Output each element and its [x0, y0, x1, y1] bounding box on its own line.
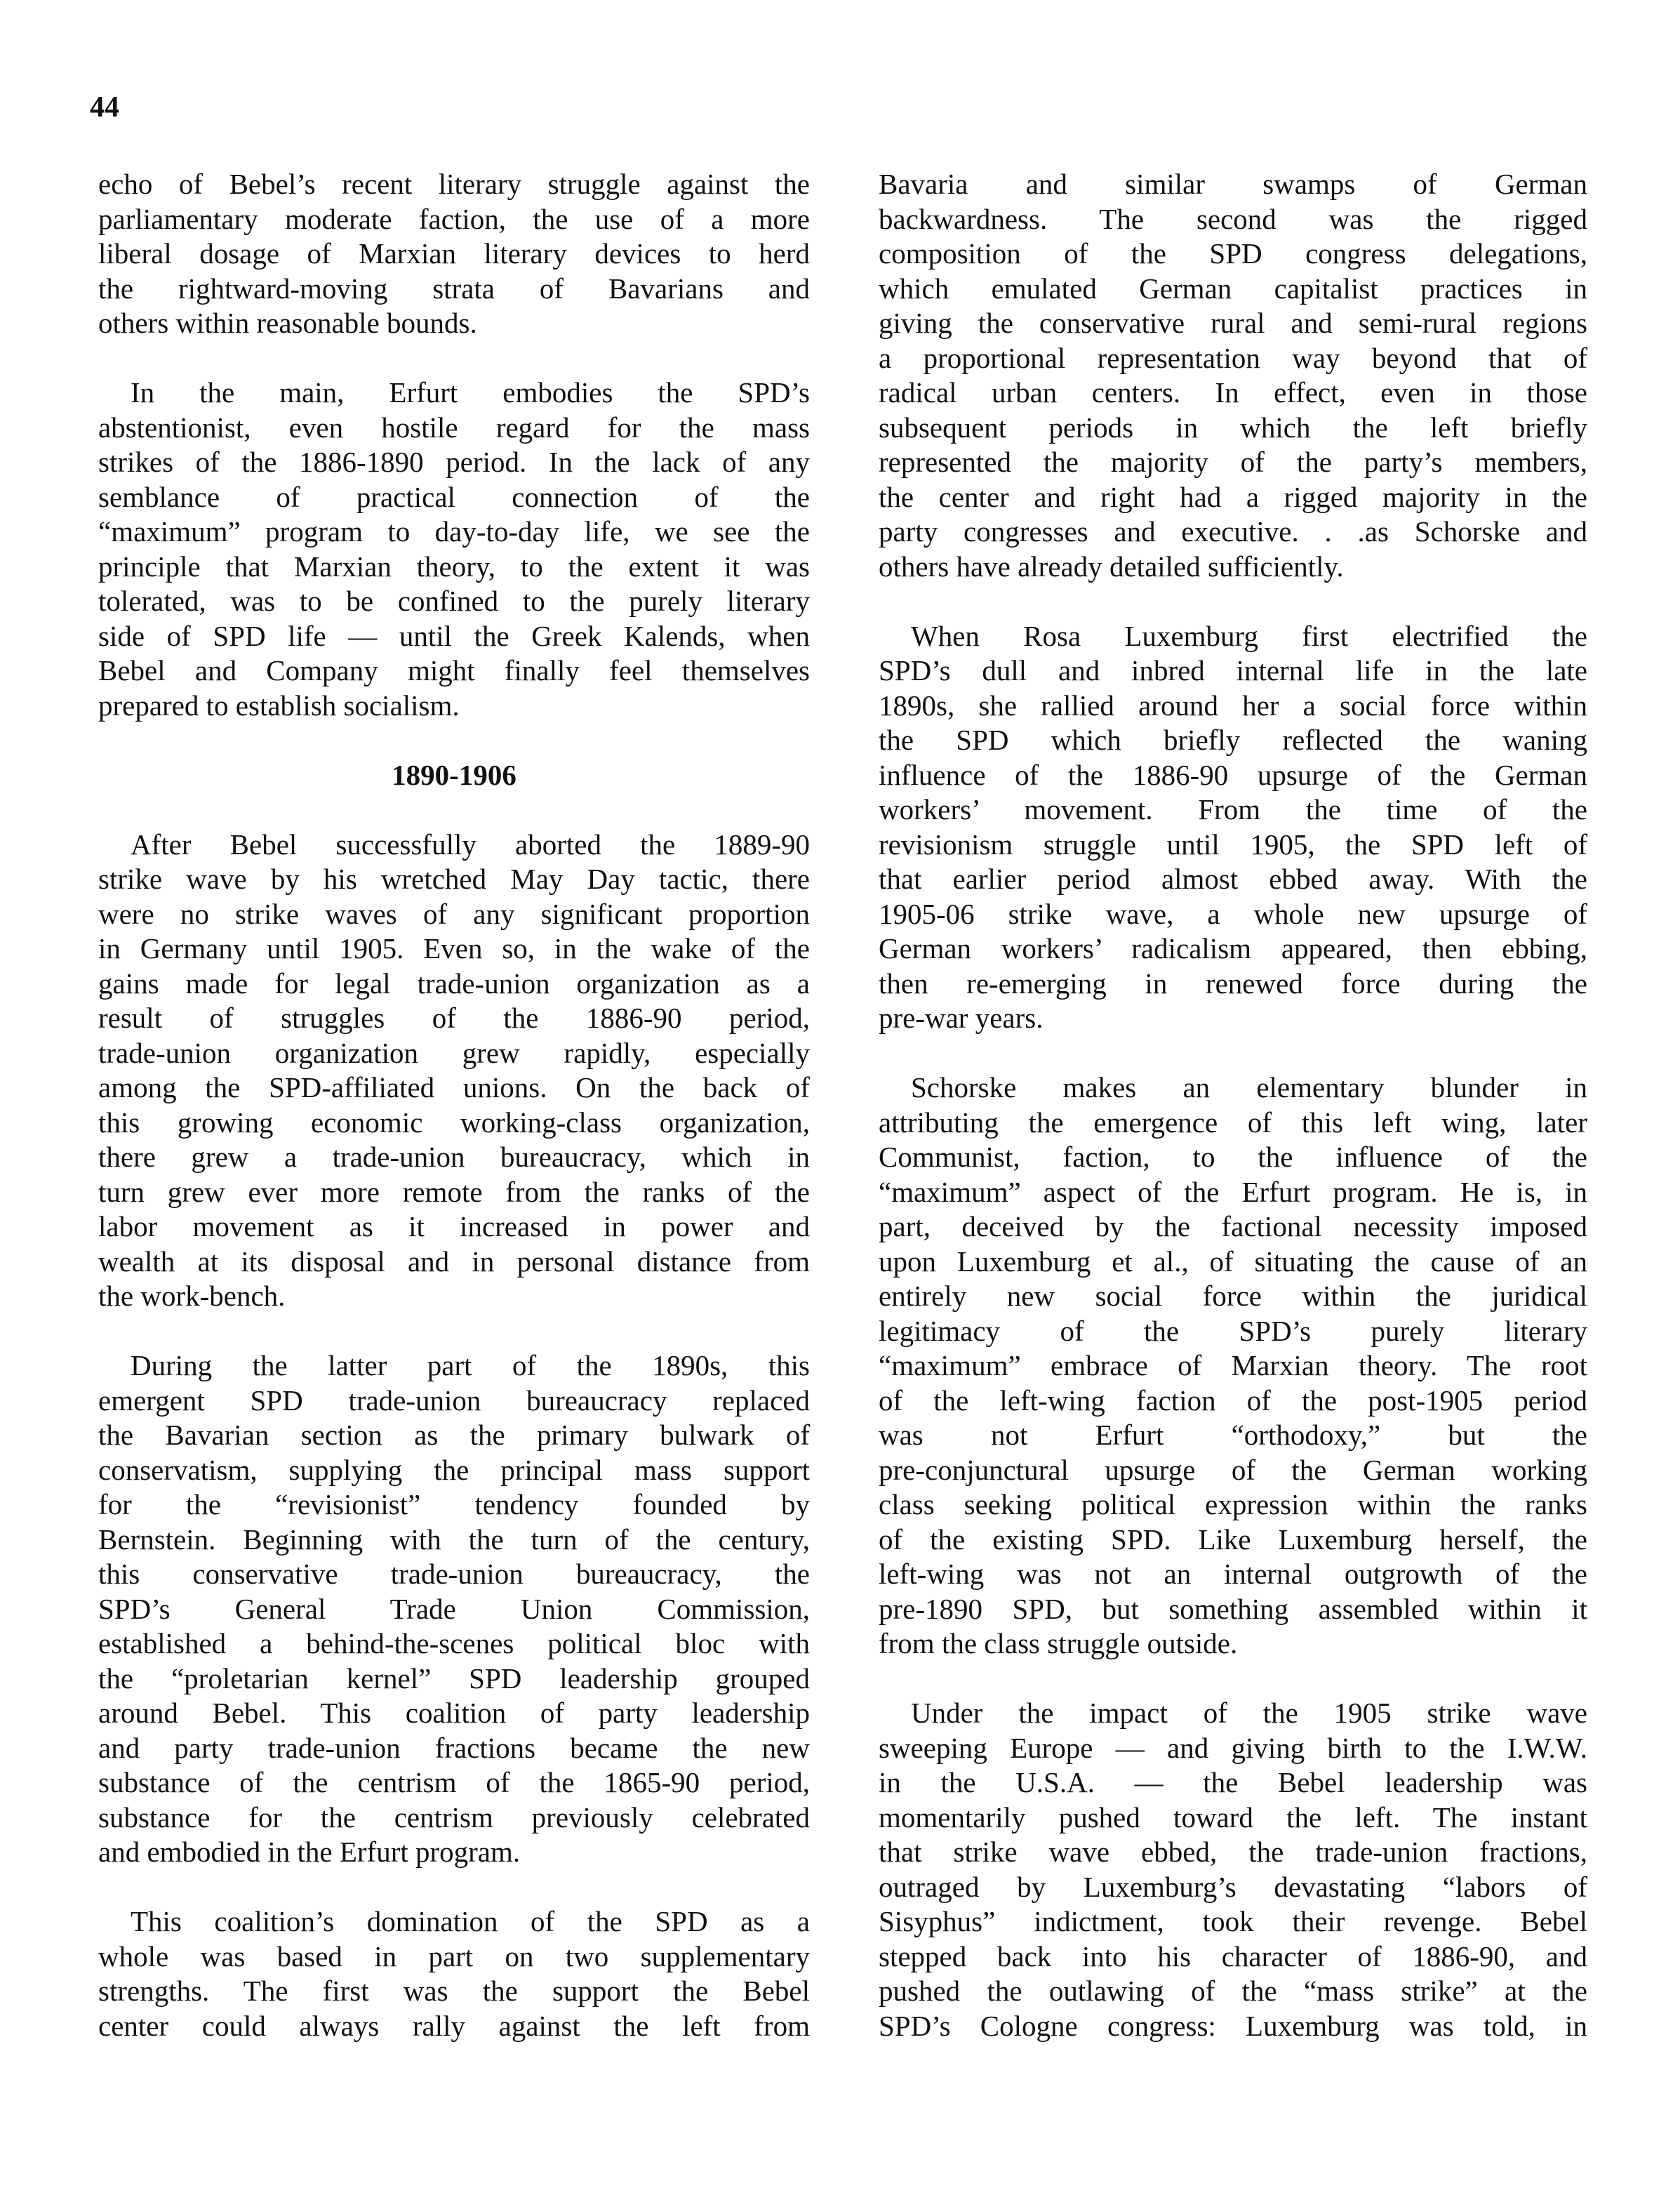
- text-line: SPD’s dull and inbred internal life in t…: [879, 654, 1587, 689]
- text-line: and embodied in the Erfurt program.: [98, 1835, 810, 1870]
- text-line: Bavaria and similar swamps of German: [879, 167, 1587, 202]
- right-column: Bavaria and similar swamps of German bac…: [879, 167, 1587, 2078]
- text-line: the “proletarian kernel” SPD leadership …: [98, 1662, 810, 1697]
- text-line: outraged by Luxemburg’s devastating “lab…: [879, 1870, 1587, 1905]
- text-line: established a behind-the-scenes politica…: [98, 1626, 810, 1662]
- text-line: influence of the 1886-90 upsurge of the …: [879, 758, 1587, 793]
- text-line: “maximum” embrace of Marxian theory. The…: [879, 1348, 1587, 1384]
- text-line: workers’ movement. From the time of the: [879, 793, 1587, 828]
- text-line: Schorske makes an elementary blunder in: [879, 1070, 1587, 1106]
- text-line: result of struggles of the 1886-90 perio…: [98, 1001, 810, 1036]
- text-line: turn grew ever more remote from the rank…: [98, 1175, 810, 1210]
- text-line: represented the majority of the party’s …: [879, 445, 1587, 480]
- text-line: of the existing SPD. Like Luxemburg hers…: [879, 1523, 1587, 1558]
- text-line: 1905-06 strike wave, a whole new upsurge…: [879, 897, 1587, 932]
- text-line: whole was based in part on two supplemen…: [98, 1940, 810, 1975]
- text-line: pre-1890 SPD, but something assembled wi…: [879, 1592, 1587, 1627]
- text-line: Under the impact of the 1905 strike wave: [879, 1696, 1587, 1731]
- text-line: party congresses and executive. . .as Sc…: [879, 515, 1587, 550]
- paragraph: During the latter part of the 1890s, thi…: [98, 1348, 810, 1870]
- text-line: among the SPD-affiliated unions. On the …: [98, 1070, 810, 1106]
- text-line: prepared to establish socialism.: [98, 689, 810, 724]
- text-line: strengths. The first was the support the…: [98, 1974, 810, 2009]
- text-line: composition of the SPD congress delegati…: [879, 237, 1587, 272]
- text-line: others have already detailed sufficientl…: [879, 550, 1587, 585]
- text-line: from the class struggle outside.: [879, 1626, 1587, 1662]
- text-line: side of SPD life — until the Greek Kalen…: [98, 619, 810, 654]
- text-line: the rightward-moving strata of Bavarians…: [98, 272, 810, 307]
- text-line: left-wing was not an internal outgrowth …: [879, 1557, 1587, 1592]
- text-line: Communist, faction, to the influence of …: [879, 1140, 1587, 1175]
- text-line: Bebel and Company might finally feel the…: [98, 654, 810, 689]
- text-line: this conservative trade-union bureaucrac…: [98, 1557, 810, 1592]
- text-line: class seeking political expression withi…: [879, 1487, 1587, 1523]
- text-line: tolerated, was to be confined to the pur…: [98, 584, 810, 619]
- text-line: gains made for legal trade-union organiz…: [98, 967, 810, 1002]
- text-line: “maximum” program to day-to-day life, we…: [98, 515, 810, 550]
- text-line: “maximum” aspect of the Erfurt program. …: [879, 1175, 1587, 1210]
- text-line: When Rosa Luxemburg first electrified th…: [879, 619, 1587, 654]
- text-line: liberal dosage of Marxian literary devic…: [98, 237, 810, 272]
- text-line: subsequent periods in which the left bri…: [879, 411, 1587, 446]
- text-line: attributing the emergence of this left w…: [879, 1106, 1587, 1141]
- text-line: Bernstein. Beginning with the turn of th…: [98, 1523, 810, 1558]
- paragraph: Schorske makes an elementary blunder in …: [879, 1070, 1587, 1662]
- text-line: and party trade-union fractions became t…: [98, 1731, 810, 1766]
- left-column: echo of Bebel’s recent literary struggle…: [98, 167, 810, 2078]
- text-line: conservatism, supplying the principal ma…: [98, 1453, 810, 1488]
- text-line: around Bebel. This coalition of party le…: [98, 1696, 810, 1731]
- text-line: sweeping Europe — and giving birth to th…: [879, 1731, 1587, 1766]
- paragraph: When Rosa Luxemburg first electrified th…: [879, 619, 1587, 1036]
- text-line: part, deceived by the factional necessit…: [879, 1209, 1587, 1245]
- text-line: SPD’s Cologne congress: Luxemburg was to…: [879, 2009, 1587, 2044]
- text-line: entirely new social force within the jur…: [879, 1279, 1587, 1314]
- paragraph: Under the impact of the 1905 strike wave…: [879, 1696, 1587, 2043]
- paragraph: In the main, Erfurt embodies the SPD’s a…: [98, 376, 810, 723]
- text-line: trade-union organization grew rapidly, e…: [98, 1036, 810, 1071]
- text-line: a proportional representation way beyond…: [879, 341, 1587, 376]
- text-line: others within reasonable bounds.: [98, 306, 810, 341]
- text-line: semblance of practical connection of the: [98, 480, 810, 515]
- text-line: there grew a trade-union bureaucracy, wh…: [98, 1140, 810, 1175]
- text-line: parliamentary moderate faction, the use …: [98, 202, 810, 237]
- text-line: was not Erfurt “orthodoxy,” but the: [879, 1418, 1587, 1453]
- text-line: After Bebel successfully aborted the 188…: [98, 828, 810, 863]
- text-line: stepped back into his character of 1886-…: [879, 1940, 1587, 1975]
- text-line: strike wave by his wretched May Day tact…: [98, 862, 810, 897]
- text-line: abstentionist, even hostile regard for t…: [98, 411, 810, 446]
- paragraph: After Bebel successfully aborted the 188…: [98, 828, 810, 1314]
- text-line: substance of the centrism of the 1865-90…: [98, 1765, 810, 1801]
- paragraph: echo of Bebel’s recent literary struggle…: [98, 167, 810, 341]
- text-line: the center and right had a rigged majori…: [879, 480, 1587, 515]
- text-line: the SPD which briefly reflected the wani…: [879, 723, 1587, 758]
- text-line: were no strike waves of any significant …: [98, 897, 810, 932]
- text-line: the work-bench.: [98, 1279, 810, 1314]
- text-line: Sisyphus” indictment, took their revenge…: [879, 1904, 1587, 1940]
- text-line: this growing economic working-class orga…: [98, 1106, 810, 1141]
- text-line: radical urban centers. In effect, even i…: [879, 376, 1587, 411]
- text-line: 1890s, she rallied around her a social f…: [879, 689, 1587, 724]
- text-line: upon Luxemburg et al., of situating the …: [879, 1245, 1587, 1280]
- page-number: 44: [90, 90, 119, 125]
- text-line: of the left-wing faction of the post-190…: [879, 1384, 1587, 1419]
- text-line: strikes of the 1886-1890 period. In the …: [98, 445, 810, 480]
- text-line: pushed the outlawing of the “mass strike…: [879, 1974, 1587, 2009]
- text-line: legitimacy of the SPD’s purely literary: [879, 1314, 1587, 1349]
- text-line: backwardness. The second was the rigged: [879, 202, 1587, 237]
- text-line: center could always rally against the le…: [98, 2009, 810, 2044]
- text-line: in Germany until 1905. Even so, in the w…: [98, 931, 810, 967]
- text-line: In the main, Erfurt embodies the SPD’s: [98, 376, 810, 411]
- text-line: principle that Marxian theory, to the ex…: [98, 550, 810, 585]
- text-line: which emulated German capitalist practic…: [879, 272, 1587, 307]
- text-line: in the U.S.A. — the Bebel leadership was: [879, 1765, 1587, 1801]
- text-line: pre-conjunctural upsurge of the German w…: [879, 1453, 1587, 1488]
- text-line: pre-war years.: [879, 1001, 1587, 1036]
- text-line: substance for the centrism previously ce…: [98, 1801, 810, 1836]
- section-heading: 1890-1906: [98, 758, 810, 793]
- text-line: revisionism struggle until 1905, the SPD…: [879, 828, 1587, 863]
- paragraph: This coalition’s domination of the SPD a…: [98, 1904, 810, 2043]
- text-line: for the “revisionist” tendency founded b…: [98, 1487, 810, 1523]
- text-line: that strike wave ebbed, the trade-union …: [879, 1835, 1587, 1870]
- paragraph: Bavaria and similar swamps of German bac…: [879, 167, 1587, 584]
- text-line: labor movement as it increased in power …: [98, 1209, 810, 1245]
- text-line: echo of Bebel’s recent literary struggle…: [98, 167, 810, 202]
- text-line: the Bavarian section as the primary bulw…: [98, 1418, 810, 1453]
- text-line: This coalition’s domination of the SPD a…: [98, 1904, 810, 1940]
- text-line: emergent SPD trade-union bureaucracy rep…: [98, 1384, 810, 1419]
- text-line: wealth at its disposal and in personal d…: [98, 1245, 810, 1280]
- text-line: During the latter part of the 1890s, thi…: [98, 1348, 810, 1384]
- text-line: German workers’ radicalism appeared, the…: [879, 931, 1587, 967]
- text-line: that earlier period almost ebbed away. W…: [879, 862, 1587, 897]
- text-line: giving the conservative rural and semi-r…: [879, 306, 1587, 341]
- text-line: then re-emerging in renewed force during…: [879, 967, 1587, 1002]
- text-line: momentarily pushed toward the left. The …: [879, 1801, 1587, 1836]
- text-line: SPD’s General Trade Union Commission,: [98, 1592, 810, 1627]
